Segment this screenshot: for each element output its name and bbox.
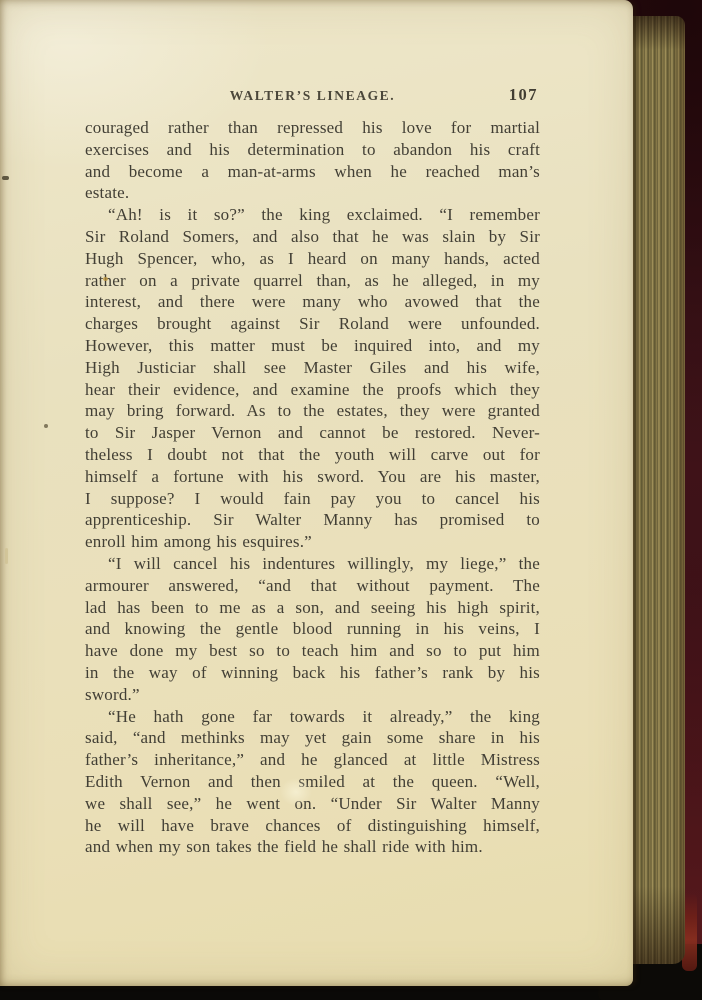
text-line: sword.” — [85, 684, 540, 706]
text-line: in the way of winning back his father’s … — [85, 662, 540, 684]
text-line: Sir Roland Somers, and also that he was … — [85, 226, 540, 248]
foxing-speck — [103, 277, 108, 281]
book-page: WALTER’S LINEAGE. 107 couraged rather th… — [0, 0, 633, 986]
text-line: However, this matter must be inquired in… — [85, 335, 540, 357]
page-edges — [629, 16, 685, 964]
text-line: and knowing the gentle blood running in … — [85, 618, 540, 640]
foxing-speck — [5, 548, 8, 564]
text-line: enroll him among his esquires.” — [85, 531, 540, 553]
text-line: interest, and there were many who avowed… — [85, 291, 540, 313]
text-line: Edith Vernon and then smiled at the quee… — [85, 771, 540, 793]
text-line: charges brought against Sir Roland were … — [85, 313, 540, 335]
text-line: himself a fortune with his sword. You ar… — [85, 466, 540, 488]
text-line: he will have brave chances of distinguis… — [85, 815, 540, 837]
text-line: and become a man-at-arms when he reached… — [85, 161, 540, 183]
text-line: estate. — [85, 182, 540, 204]
paper-stain — [280, 778, 312, 806]
text-line: apprenticeship. Sir Walter Manny has pro… — [85, 509, 540, 531]
text-line: I suppose? I would fain pay you to cance… — [85, 488, 540, 510]
page-header: WALTER’S LINEAGE. 107 — [85, 85, 540, 107]
text-line: armourer answered, “and that without pay… — [85, 575, 540, 597]
text-line: High Justiciar shall see Master Giles an… — [85, 357, 540, 379]
book-photo: WALTER’S LINEAGE. 107 couraged rather th… — [0, 0, 702, 1000]
text-line: exercises and his determination to aband… — [85, 139, 540, 161]
text-line: father’s inheritance,” and he glanced at… — [85, 749, 540, 771]
text-line: and when my son takes the field he shall… — [85, 836, 540, 858]
text-line: “Ah! is it so?” the king exclaimed. “I r… — [85, 204, 540, 226]
page-number: 107 — [509, 85, 538, 105]
text-line: to Sir Jasper Vernon and cannot be resto… — [85, 422, 540, 444]
text-line: hear their evidence, and examine the pro… — [85, 379, 540, 401]
text-line: may bring forward. As to the estates, th… — [85, 400, 540, 422]
text-line: “He hath gone far towards it already,” t… — [85, 706, 540, 728]
text-line: rather on a private quarrel than, as he … — [85, 270, 540, 292]
text-line: “I will cancel his indentures willingly,… — [85, 553, 540, 575]
text-line: we shall see,” he went on. “Under Sir Wa… — [85, 793, 540, 815]
text-line: theless I doubt not that the youth will … — [85, 444, 540, 466]
text-line: said, “and methinks may yet gain some sh… — [85, 727, 540, 749]
text-line: lad has been to me as a son, and seeing … — [85, 597, 540, 619]
text-line: have done my best so to teach him and so… — [85, 640, 540, 662]
foxing-speck — [2, 176, 9, 180]
text-line: Hugh Spencer, who, as I heard on many ha… — [85, 248, 540, 270]
text-line: couraged rather than repressed his love … — [85, 117, 540, 139]
foxing-speck — [44, 424, 48, 428]
body-text: couraged rather than repressed his love … — [85, 117, 540, 858]
running-title: WALTER’S LINEAGE. — [230, 88, 396, 104]
